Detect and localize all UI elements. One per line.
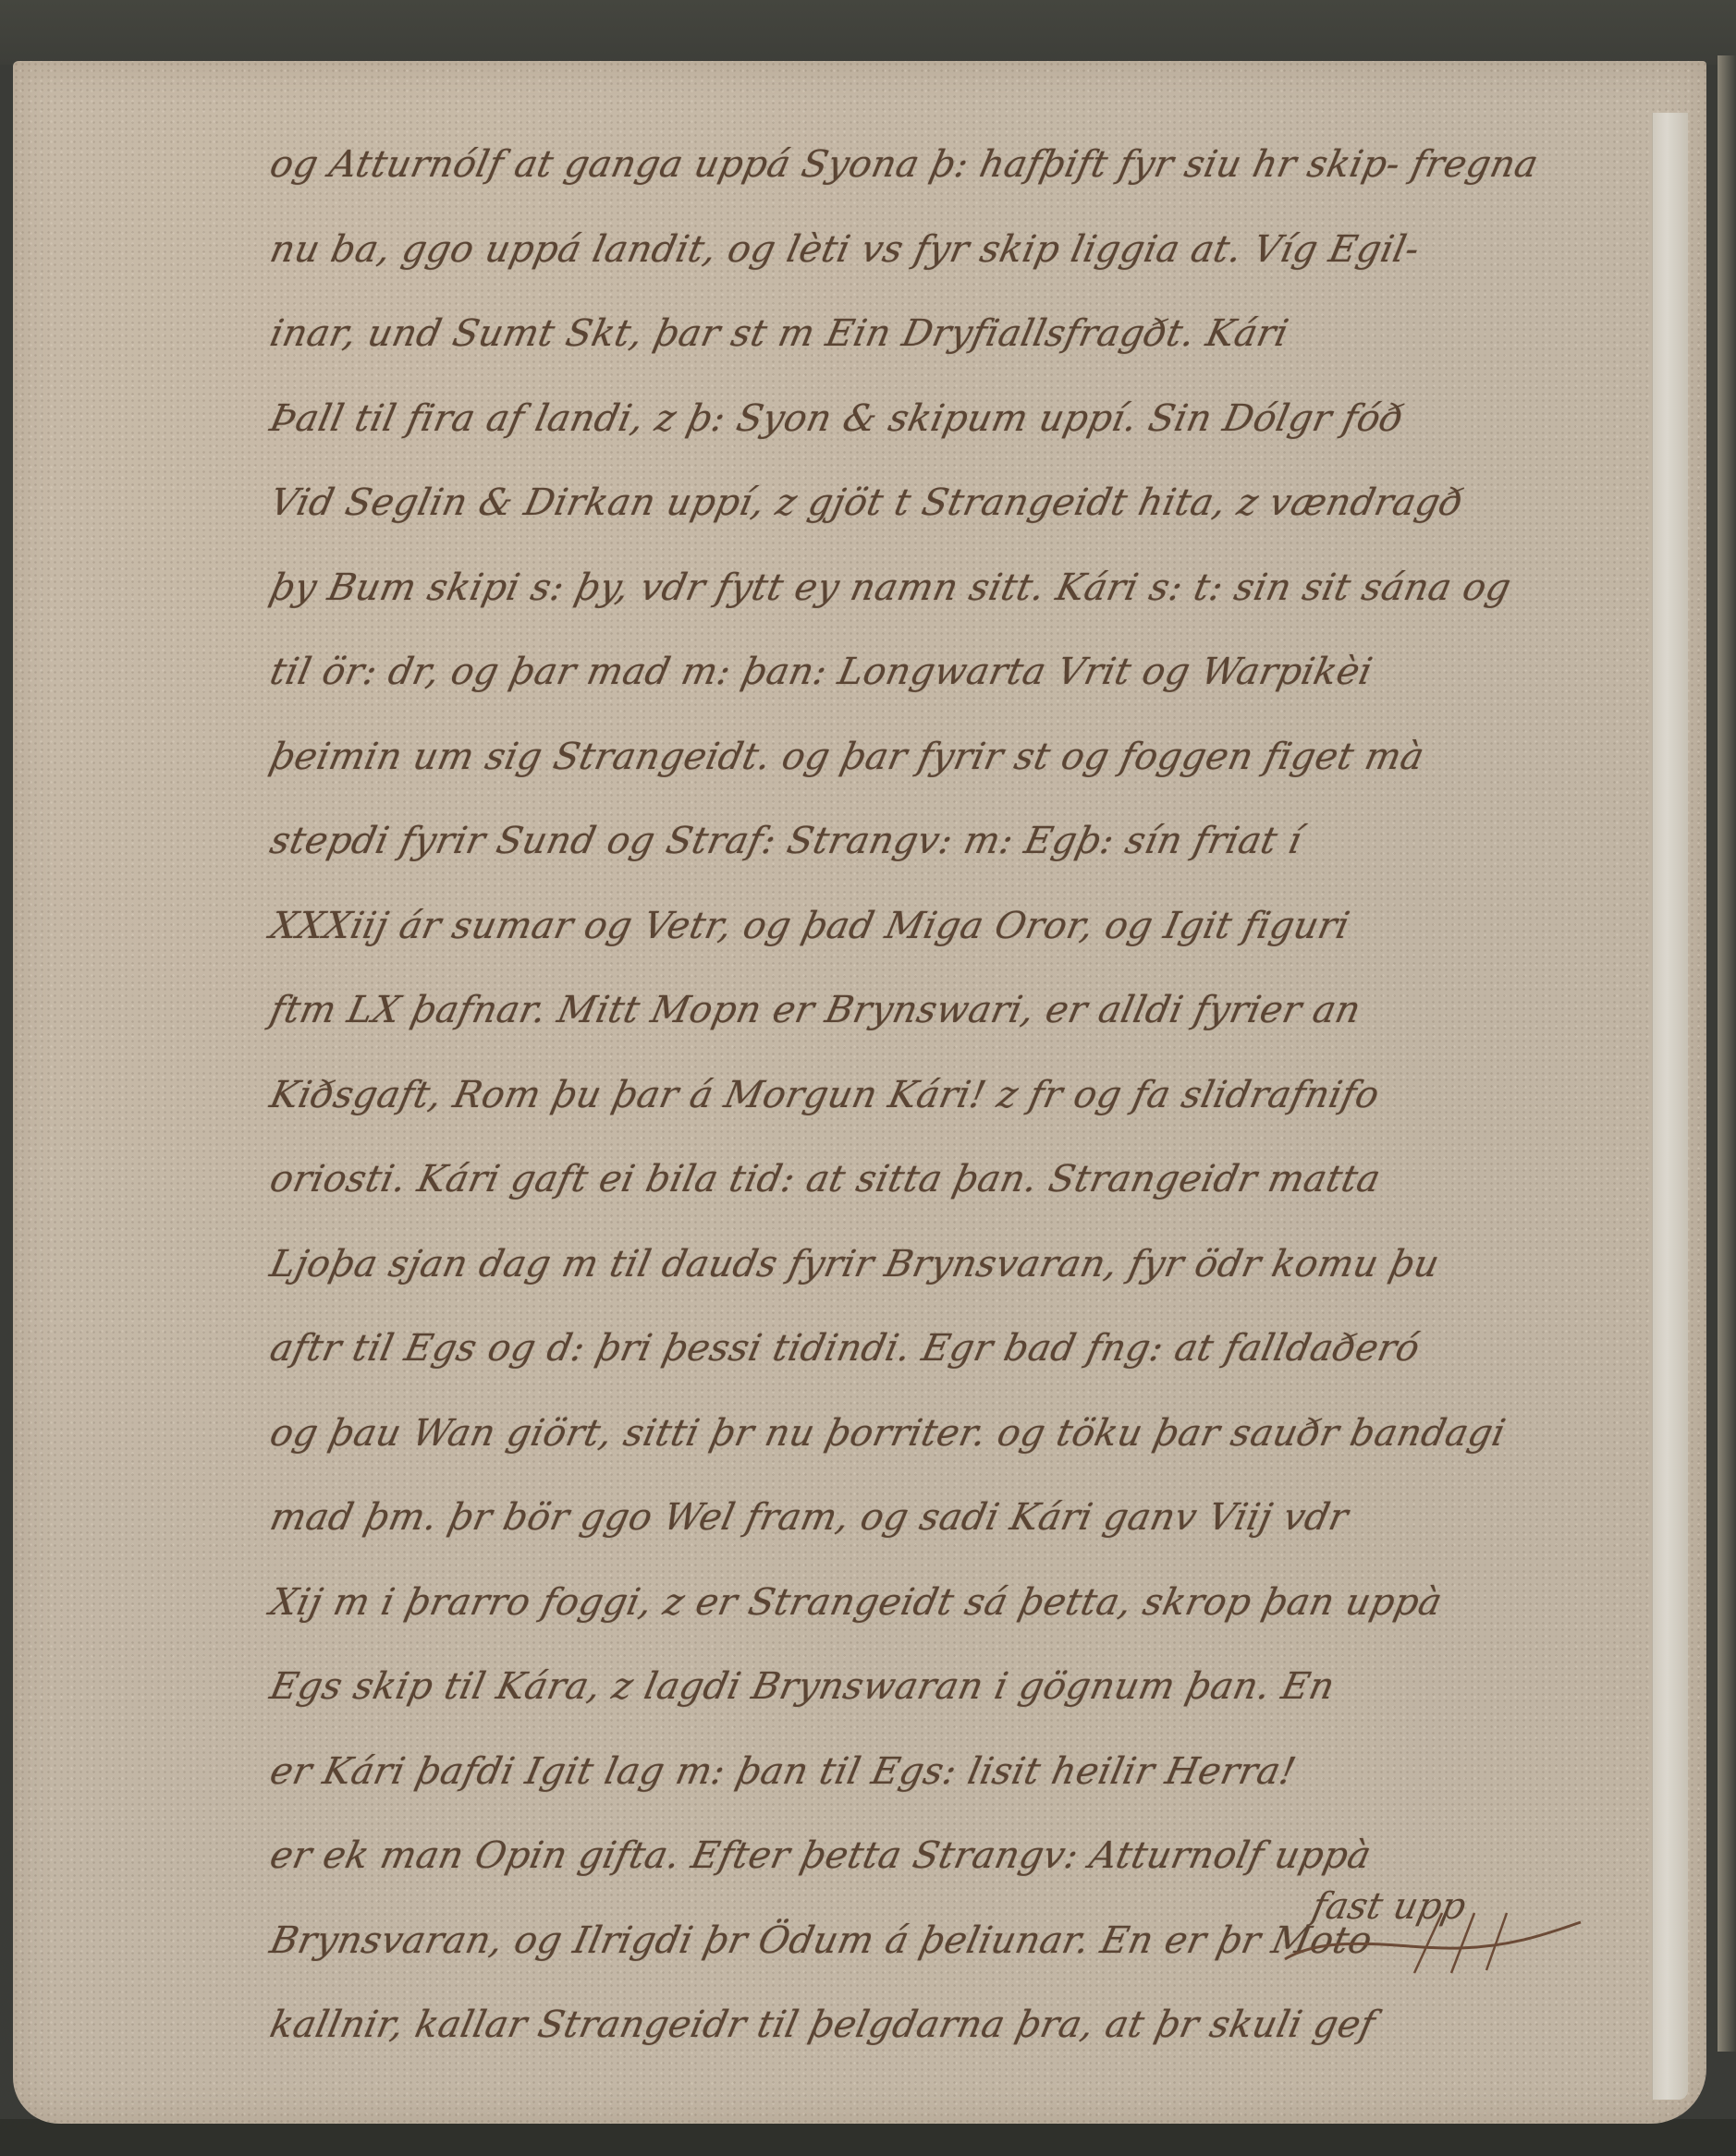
manuscript-line: stepdi fyrir Sund og Straf: Strangv: m: … <box>259 813 1626 898</box>
manuscript-line: nu ba, ggo uppá landit, og lèti vs fyr s… <box>259 222 1626 307</box>
scanner-backdrop <box>0 0 1736 65</box>
manuscript-line: inar, und Sumt Skt, þar st m Ein Dryfial… <box>259 306 1626 391</box>
page-fore-edge <box>1652 113 1688 2100</box>
manuscript-line: Xij m i þrarro foggi, z er Strangeidt sá… <box>259 1575 1626 1660</box>
manuscript-line: kallnir, kallar Strangeidr til þelgdarna… <box>259 1997 1626 2082</box>
manuscript-line: mad þm. þr bör ggo Wel fram, og sadi Kár… <box>259 1490 1626 1575</box>
manuscript-line: oriosti. Kári gaft ei bila tid: at sitta… <box>259 1151 1626 1236</box>
manuscript-line: þeimin um sig Strangeidt. og þar fyrir s… <box>259 729 1626 814</box>
manuscript-line: Kiðsgaft, Rom þu þar á Morgun Kári! z fr… <box>259 1067 1626 1152</box>
manuscript-line: Ljoþa sjan dag m til dauds fyrir Brynsva… <box>259 1236 1626 1322</box>
manuscript-line: og þau Wan giört, sitti þr nu þorriter. … <box>259 1406 1626 1491</box>
page-edge-shadow <box>1718 55 1736 2052</box>
pen-flourish-icon <box>1276 1904 1590 1978</box>
manuscript-line: og Atturnólf at ganga uppá Syona þ: hafþ… <box>259 137 1626 222</box>
manuscript-line: til ör: dr, og þar mad m: þan: Longwarta… <box>259 644 1626 729</box>
manuscript-line: XXXiij ár sumar og Vetr, og þad Miga Oro… <box>259 898 1626 983</box>
scanner-backdrop-bottom <box>0 2119 1736 2156</box>
manuscript-line: Egs skip til Kára, z lagdi Brynswaran i … <box>259 1659 1626 1744</box>
manuscript-line: aftr til Egs og d: þri þessi tidindi. Eg… <box>259 1321 1626 1406</box>
manuscript-line: er Kári þafdi Igit lag m: þan til Egs: l… <box>259 1744 1626 1829</box>
manuscript-line: ftm LX þafnar. Mitt Mopn er Brynswari, e… <box>259 982 1626 1067</box>
manuscript-text: og Atturnólf at ganga uppá Syona þ: hafþ… <box>259 137 1608 2082</box>
manuscript-line: þy Bum skipi s: þy, vdr fytt ey namn sit… <box>259 560 1626 645</box>
manuscript-line: Vid Seglin & Dirkan uppí, z gjöt t Stran… <box>259 475 1626 560</box>
manuscript-line: Þall til fira af landi, z þ: Syon & skip… <box>259 391 1626 476</box>
